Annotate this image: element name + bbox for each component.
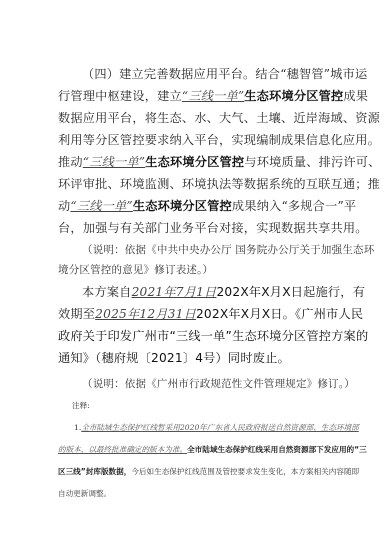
text: 数据应用平台，将生态、水、大气、土壤、近岸海域、资源 <box>58 111 380 125</box>
text: 成果纳入“多规合一”平 <box>232 199 356 213</box>
inserted-text: 202X年X月X日 <box>216 285 303 299</box>
para4-line2: 行管理中枢建设，建立“三线一单”生态环境分区管控成果 <box>58 88 333 104</box>
inserted-text: 政府关于印发广州市“三线一单”生态环境分区管控方案的 <box>58 329 368 343</box>
text: 起施行，有 <box>303 285 365 299</box>
note1-line2: 境分区管控的意见》修订表述。） <box>58 262 333 278</box>
document-page: （四）建立完善数据应用平台。结合“穗智管”城市运 行管理中枢建设，建立“三线一单… <box>0 0 390 551</box>
effective-line1: 本方案自2021年7月1日202X年X月X日起施行，有 <box>82 284 333 300</box>
text: 自动更新调整。 <box>58 489 111 498</box>
struck-text: 的版本，以最终批准确定的版本为准。 <box>58 445 187 454</box>
struck-text: “三线一单” <box>83 155 145 169</box>
text: （说明：依据《中共中央办公厅 国务院办公厅关于加强生态环 <box>82 244 374 256</box>
para4-line5: 推动“三线一单”生态环境分区管控与环境质量、排污许可、 <box>58 154 333 170</box>
inserted-text: 全市陆域生态保护红线采用自然资源部下发应用的“三 <box>187 445 367 454</box>
struck-text: “三线一单” <box>70 199 132 213</box>
para4-line1: （四）建立完善数据应用平台。结合“穗智管”城市运 <box>82 66 333 82</box>
text: 境分区管控的意见》修订表述。） <box>58 264 213 276</box>
text: 效期至 <box>58 307 95 321</box>
struck-text: 全市陆域生态保护红线暂采用2020年广东省人民政府报送自然资源部、生态环境部 <box>81 423 359 432</box>
text: 本方案自 <box>82 285 132 299</box>
inserted-text: 通知》（穗府规〔2021〕4号）同时废止。 <box>58 351 290 365</box>
text: 与环境质量、排污许可、 <box>244 155 380 169</box>
struck-text: 2021年7月1日 <box>132 285 217 299</box>
text: （四）建立完善数据应用平台。结合“穗智管”城市运 <box>82 67 367 81</box>
annotation-1-line2: 的版本，以最终批准确定的版本为准。全市陆域生态保护红线采用自然资源部下发应用的“… <box>58 445 333 455</box>
inserted-text: 生态环境分区管控 <box>133 199 232 213</box>
text: 行管理中枢建设，建立 <box>58 89 182 103</box>
text: 环评审批、环境监测、环境执法等数据系统的互联互通；推 <box>58 177 380 191</box>
text: 动 <box>58 199 70 213</box>
inserted-text: 生态环境分区管控 <box>145 155 244 169</box>
para4-line6: 环评审批、环境监测、环境执法等数据系统的互联互通；推 <box>58 176 333 192</box>
text: （说明：依据《广州市行政规范性文件管理规定》修订。） <box>82 378 355 390</box>
para4-line7: 动“三线一单”生态环境分区管控成果纳入“多规合一”平 <box>58 198 333 214</box>
text: 成果 <box>343 89 368 103</box>
text: 今后如生态保护红线范围及管控要求发生变化，本方案相关内容随即 <box>131 467 359 476</box>
effective-line2: 效期至2025年12月31日202X年X月X日。《广州市人民 <box>58 306 333 322</box>
annotation-1-line1: 1.全市陆域生态保护红线暂采用2020年广东省人民政府报送自然资源部、生态环境部 <box>74 423 349 433</box>
annotations-title: 注释: <box>72 401 347 411</box>
inserted-text: 区三线”封库版数据， <box>58 467 131 476</box>
para4-line3: 数据应用平台，将生态、水、大气、土壤、近岸海域、资源 <box>58 110 333 126</box>
text: 利用等分区管控要求纳入平台，实现编制成果信息化应用。 <box>58 133 380 147</box>
para4-line4: 利用等分区管控要求纳入平台，实现编制成果信息化应用。 <box>58 132 333 148</box>
text: 推动 <box>58 155 83 169</box>
para4-line8: 台，加强与有关部门业务平台对接，实现数据共享共用。 <box>58 220 333 236</box>
inserted-text: 生态环境分区管控 <box>244 89 343 103</box>
annotation-1-line4: 自动更新调整。 <box>58 489 333 499</box>
inserted-text: 202X年X月X日。《广州市人民 <box>196 307 363 321</box>
struck-text: 2025年12月31日 <box>95 307 196 321</box>
text: 注释: <box>72 401 90 410</box>
struck-text: “三线一单” <box>182 89 244 103</box>
text: 台，加强与有关部门业务平台对接，实现数据共享共用。 <box>58 221 368 235</box>
effective-line3: 政府关于印发广州市“三线一单”生态环境分区管控方案的 <box>58 328 333 344</box>
annotation-1-line3: 区三线”封库版数据，今后如生态保护红线范围及管控要求发生变化，本方案相关内容随即 <box>58 467 333 477</box>
effective-line4: 通知》（穗府规〔2021〕4号）同时废止。 <box>58 350 333 366</box>
note2: （说明：依据《广州市行政规范性文件管理规定》修订。） <box>82 376 333 392</box>
note1-line1: （说明：依据《中共中央办公厅 国务院办公厅关于加强生态环 <box>82 242 333 258</box>
